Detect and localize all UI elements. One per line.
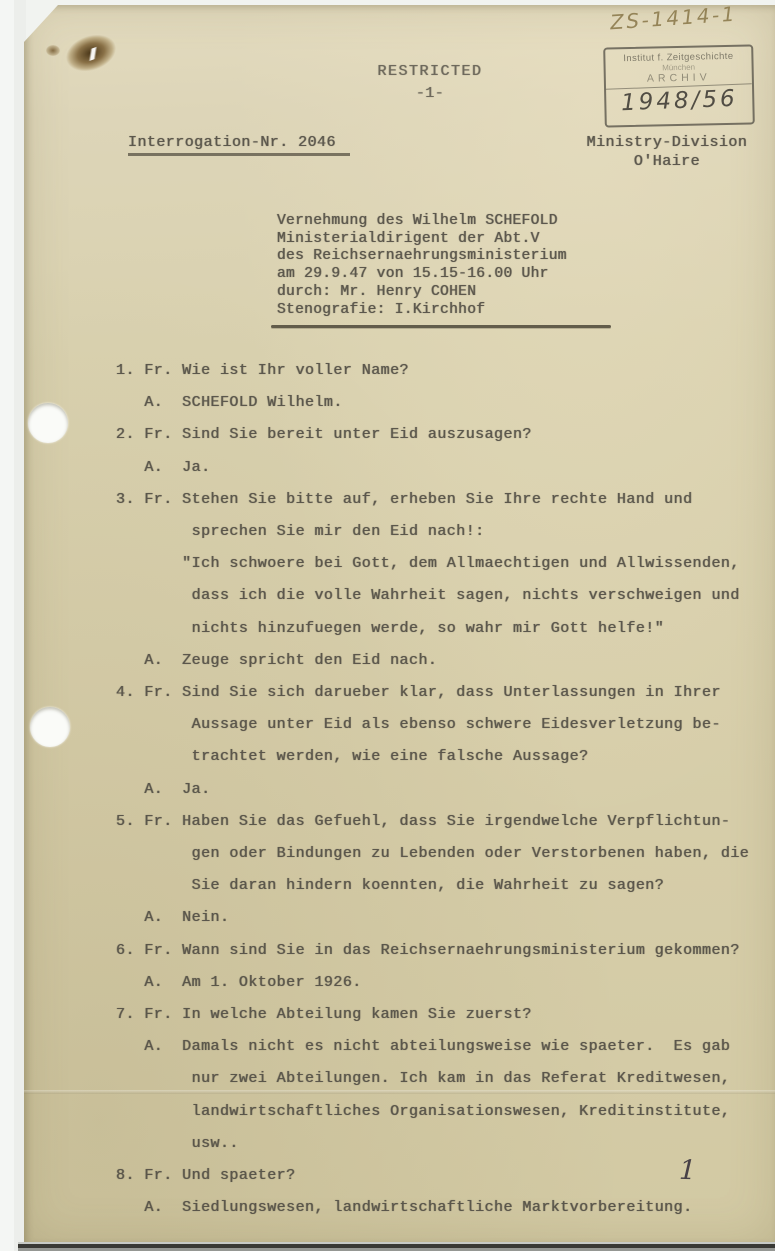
scanned-document-page: ZS-1414-1 Institut f. Zeitgeschichte Mün… bbox=[0, 0, 775, 1251]
qa-line: sprechen Sie mir den Eid nach!: bbox=[116, 523, 485, 540]
ministry-division-line: Ministry-Division bbox=[587, 134, 748, 151]
qa-line: landwirtschaftliches Organisationswesen,… bbox=[116, 1103, 730, 1120]
archive-stamp: Institut f. Zeitgeschichte München ARCHI… bbox=[603, 44, 755, 127]
punch-hole-top bbox=[28, 403, 68, 443]
header-line: durch: Mr. Henry COHEN bbox=[277, 284, 567, 302]
header-line: Stenografie: I.Kirchhof bbox=[277, 302, 567, 320]
ministry-division-block: Ministry-DivisionO'Haire bbox=[572, 134, 762, 171]
qa-line: 8. Fr. Und spaeter? bbox=[116, 1167, 296, 1184]
interrogation-header-block: Vernehmung des Wilhelm SCHEFOLDMinisteri… bbox=[277, 213, 567, 319]
ink-stain-small bbox=[46, 45, 60, 56]
scan-edge-shadow bbox=[18, 1242, 775, 1251]
qa-line: dass ich die volle Wahrheit sagen, nicht… bbox=[116, 587, 740, 604]
qa-line: 6. Fr. Wann sind Sie in das Reichsernaeh… bbox=[116, 942, 740, 959]
header-line: am 29.9.47 von 15.15-16.00 Uhr bbox=[277, 266, 567, 284]
qa-line: nichts hinzufuegen werde, so wahr mir Go… bbox=[116, 620, 664, 637]
header-line: Vernehmung des Wilhelm SCHEFOLD bbox=[277, 213, 567, 231]
qa-line: Sie daran hindern koennten, die Wahrheit… bbox=[116, 877, 664, 894]
classification-marking: RESTRICTED bbox=[330, 63, 530, 80]
qa-line: usw.. bbox=[116, 1135, 239, 1152]
qa-line: Aussage unter Eid als ebenso schwere Eid… bbox=[116, 716, 721, 733]
stamp-archiv-line: ARCHIV bbox=[647, 71, 711, 84]
qa-line: 4. Fr. Sind Sie sich darueber klar, dass… bbox=[116, 684, 721, 701]
qa-line: 5. Fr. Haben Sie das Gefuehl, dass Sie i… bbox=[116, 813, 730, 830]
ink-stain bbox=[53, 21, 130, 84]
page-number: -1- bbox=[330, 85, 530, 102]
qa-line: A. Am 1. Oktober 1926. bbox=[116, 974, 362, 991]
qa-line: 3. Fr. Stehen Sie bitte auf, erheben Sie… bbox=[116, 491, 693, 508]
interrogation-number: Interrogation-Nr. 2046 bbox=[128, 134, 350, 156]
qa-line: 2. Fr. Sind Sie bereit unter Eid auszusa… bbox=[116, 426, 532, 443]
header-underline-rule bbox=[271, 325, 611, 328]
qa-line: A. Siedlungswesen, landwirtschaftliche M… bbox=[116, 1199, 693, 1216]
qa-line: A. Zeuge spricht den Eid nach. bbox=[116, 652, 437, 669]
qa-line: 7. Fr. In welche Abteilung kamen Sie zue… bbox=[116, 1006, 532, 1023]
qa-line: trachtet werden, wie eine falsche Aussag… bbox=[116, 748, 589, 765]
stamp-handwritten-number: 1948/56 bbox=[606, 83, 753, 118]
qa-line: A. Damals nicht es nicht abteilungsweise… bbox=[116, 1038, 730, 1055]
qa-line: A. Ja. bbox=[116, 459, 211, 476]
header-line: Ministerialdirigent der Abt.V bbox=[277, 231, 567, 249]
qa-line: gen oder Bindungen zu Lebenden oder Vers… bbox=[116, 845, 749, 862]
interrogator-name: O'Haire bbox=[634, 153, 700, 170]
punch-hole-bottom bbox=[30, 707, 70, 747]
qa-line: A. Ja. bbox=[116, 781, 211, 798]
qa-line: 1. Fr. Wie ist Ihr voller Name? bbox=[116, 362, 409, 379]
qa-line: nur zwei Abteilungen. Ich kam in das Ref… bbox=[116, 1070, 730, 1087]
qa-line: A. Nein. bbox=[116, 909, 229, 926]
paper-crease bbox=[24, 1090, 775, 1094]
qa-line: "Ich schwoere bei Gott, dem Allmaechtige… bbox=[116, 555, 740, 572]
qa-line: A. SCHEFOLD Wilhelm. bbox=[116, 394, 343, 411]
handwritten-margin-mark: 1 bbox=[678, 1155, 696, 1187]
header-line: des Reichsernaehrungsministerium bbox=[277, 248, 567, 266]
